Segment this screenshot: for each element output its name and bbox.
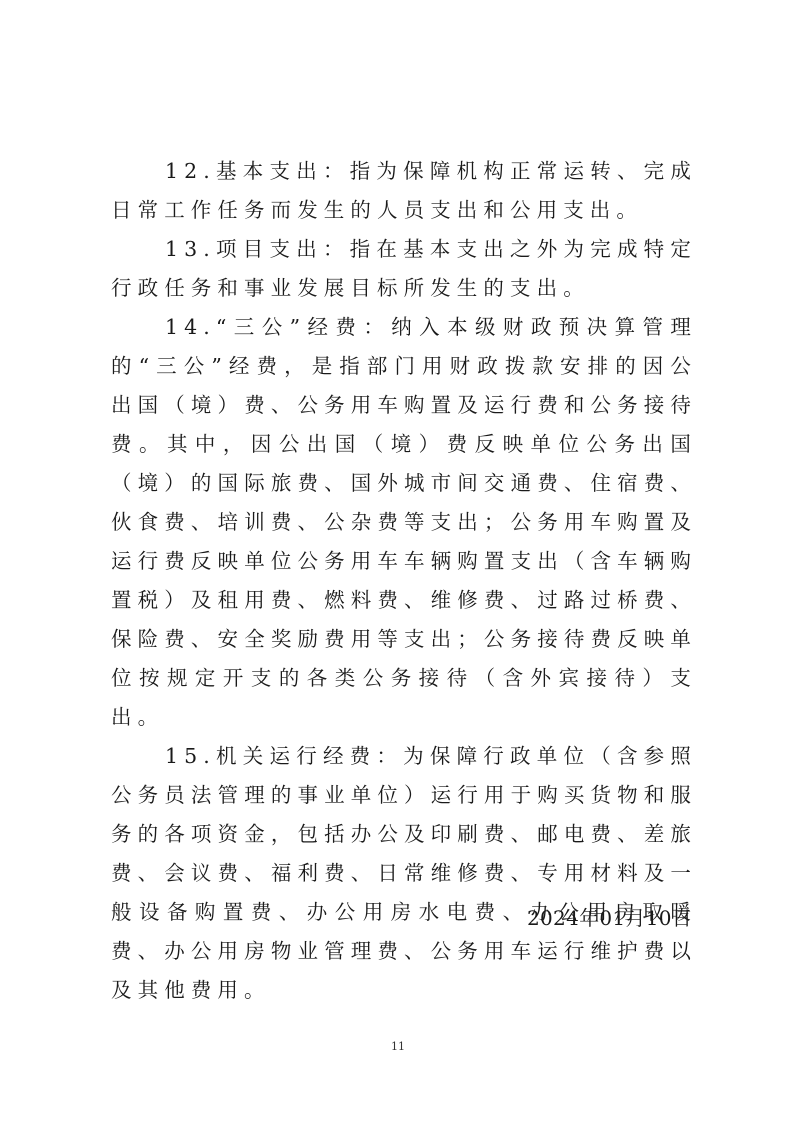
paragraph-project-expenditure: 13.项目支出：指在基本支出之外为完成特定行政任务和事业发展目标所发生的支出。 <box>111 230 697 308</box>
paragraph-agency-operating-funds: 15.机关运行经费：为保障行政单位（含参照公务员法管理的事业单位）运行用于购买货… <box>111 737 697 1010</box>
paragraph-basic-expenditure: 12.基本支出：指为保障机构正常运转、完成日常工作任务而发生的人员支出和公用支出… <box>111 152 697 230</box>
document-date: 2024年01月10日 <box>527 904 692 932</box>
document-body: 12.基本支出：指为保障机构正常运转、完成日常工作任务而发生的人员支出和公用支出… <box>111 152 697 1010</box>
paragraph-three-public-funds: 14.“三公”经费：纳入本级财政预决算管理的“三公”经费，是指部门用财政拨款安排… <box>111 308 697 737</box>
document-page: 12.基本支出：指为保障机构正常运转、完成日常工作任务而发生的人员支出和公用支出… <box>0 0 793 1122</box>
page-number: 11 <box>386 1040 410 1054</box>
